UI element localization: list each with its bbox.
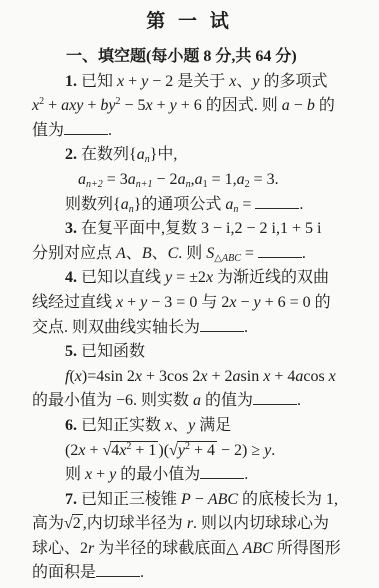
text-run: 满足	[195, 417, 231, 434]
math-var: a	[178, 171, 186, 188]
math-var: ABC	[243, 540, 273, 557]
text-run: +	[124, 73, 141, 90]
question-lines: 一、填空题(每小题 8 分,共 64 分)1. 已知 x + y − 2 是关于…	[32, 45, 359, 586]
text-run: + 1	[131, 442, 156, 459]
text-run: +	[123, 294, 140, 311]
q7-line4: 的面积是.	[32, 561, 359, 586]
math-var: B	[142, 245, 152, 262]
text-run: }的通项公式	[134, 196, 226, 213]
text-run: = ±2	[172, 269, 206, 286]
text-run: − 5	[120, 97, 145, 114]
q2-line2: an+2 = 3an+1 − 2an,a1 = 1,a2 = 3.	[32, 168, 359, 193]
text-run: 的最小值为	[116, 466, 200, 483]
text-run: .	[271, 442, 275, 459]
text-run: .	[140, 564, 144, 581]
text-run: 、	[152, 245, 168, 262]
text-run: sin	[241, 368, 264, 385]
text-run: . 则	[178, 245, 206, 262]
text-run: 在数列{	[77, 146, 137, 163]
radical-sign: √	[64, 515, 72, 532]
text-run: 值为	[32, 122, 64, 139]
text-run: ,内切球半径为	[83, 515, 187, 532]
text-run: 已知函数	[77, 343, 145, 360]
answer-blank	[96, 574, 140, 577]
math-var: y	[252, 73, 259, 90]
text-run: =	[238, 196, 255, 213]
q5-line3: 的最小值为 −6. 则实数 a 的值为.	[32, 389, 359, 414]
text-run: 的底棱长为 1,	[238, 491, 338, 508]
text-run: 则数列{	[65, 196, 121, 213]
text-run: + 3cos 2	[142, 368, 200, 385]
answer-blank	[200, 329, 244, 332]
q1-line1: 1. 已知 x + y − 2 是关于 x、y 的多项式	[32, 70, 359, 95]
section-header: 一、填空题(每小题 8 分,共 64 分)	[32, 45, 359, 70]
text-run: −	[236, 294, 253, 311]
math-var: a	[282, 97, 290, 114]
text-run: =	[241, 245, 258, 262]
text-run: − 2	[153, 171, 178, 188]
text-run: + 6 的因式. 则	[177, 97, 282, 114]
q7-line1: 7. 已知正三棱锥 P − ABC 的底棱长为 1,	[32, 488, 359, 513]
text-run: − 2 是关于	[148, 73, 229, 90]
q2-line3: 则数列{an}的通项公式 an = .	[32, 193, 359, 218]
sqrt-radical: √y2 + 4	[169, 441, 217, 459]
text-run: 的多项式	[260, 73, 328, 90]
text-run: 分别对应点	[32, 245, 116, 262]
text-run: .	[108, 122, 112, 139]
text-run: 已知以直线	[77, 269, 165, 286]
text-run: 高为	[32, 515, 64, 532]
bold-text: 6.	[65, 417, 77, 434]
radicand: 2	[72, 514, 83, 532]
answer-blank	[255, 206, 299, 209]
q3-line2: 分别对应点 A、B、C. 则 S△ABC = .	[32, 242, 359, 267]
text-run: +	[153, 97, 170, 114]
q1-line3: 值为.	[32, 119, 359, 144]
text-run: +	[44, 97, 61, 114]
text-run: 的面积是	[32, 564, 96, 581]
bold-text: 4.	[65, 269, 77, 286]
math-var: a	[137, 146, 145, 163]
q5-line2: f(x)=4sin 2x + 3cos 2x + 2asin x + 4acos…	[32, 365, 359, 390]
math-var: ABC	[208, 491, 238, 508]
text-run: 在复平面中,复数 3 − i,2 − 2 i,1 + 5 i	[77, 220, 321, 237]
text-run: +	[83, 97, 100, 114]
math-var: y	[170, 97, 177, 114]
math-var: a	[237, 171, 245, 188]
answer-blank	[253, 402, 297, 405]
math-var: b	[307, 97, 315, 114]
subscript: △	[214, 253, 222, 264]
q7-line2: 高为√2,内切球半径为 r. 则以内切球球心为	[32, 512, 359, 537]
text-run: 所得图形	[273, 540, 341, 557]
math-var: x	[75, 368, 82, 385]
text-run: .	[302, 245, 306, 262]
text-run: 已知正三棱锥	[77, 491, 181, 508]
text-run: 球心、2	[32, 540, 88, 557]
q1-line2: x2 + axy + by2 − 5x + y + 6 的因式. 则 a − b…	[32, 94, 359, 119]
math-var: a	[193, 392, 201, 409]
text-run: 的最小值为 −6. 则实数	[32, 392, 193, 409]
math-var: x	[329, 368, 336, 385]
text-run: + 4	[270, 368, 295, 385]
text-run: 交点. 则双曲线实轴长为	[32, 319, 200, 336]
q5-line1: 5. 已知函数	[32, 340, 359, 365]
math-var: by	[100, 97, 115, 114]
q4-line2: 线经过直线 x + y − 3 = 0 与 2x − y + 6 = 0 的	[32, 291, 359, 316]
math-var: P	[181, 491, 191, 508]
math-var: y	[178, 442, 185, 459]
text-run: = 3.	[250, 171, 279, 188]
q4-line1: 4. 已知以直线 y = ±2x 为渐近线的双曲	[32, 266, 359, 291]
q3-line1: 3. 在复平面中,复数 3 − i,2 − 2 i,1 + 5 i	[32, 217, 359, 242]
text-run: 2	[73, 515, 81, 532]
text-run: )=4sin 2	[82, 368, 135, 385]
bold-text: 3.	[65, 220, 77, 237]
math-var: y	[253, 294, 260, 311]
text-run: +	[92, 466, 109, 483]
q4-line3: 交点. 则双曲线实轴长为.	[32, 316, 359, 341]
page-title: 第 一 试	[32, 10, 347, 34]
q6-line3: 则 x + y 的最小值为.	[32, 463, 359, 488]
radical-sign: √	[169, 442, 177, 459]
text-run: 为半径的球截底面△	[94, 540, 242, 557]
text-run: + 6 = 0 的	[261, 294, 331, 311]
text-run: .	[244, 466, 248, 483]
math-var: axy	[61, 97, 83, 114]
text-run: 已知正实数	[77, 417, 165, 434]
sqrt-radical: √2	[64, 514, 83, 532]
sqrt-radical: √4x2 + 1	[102, 441, 158, 459]
math-var: x	[206, 269, 213, 286]
q6-line1: 6. 已知正实数 x、y 满足	[32, 414, 359, 439]
subscript: ABC	[222, 253, 241, 264]
text-run: − 2) ≥	[217, 442, 264, 459]
text-run: −	[290, 97, 307, 114]
answer-blank	[258, 255, 302, 258]
math-var: A	[116, 245, 126, 262]
math-var: x	[135, 368, 142, 385]
exam-page: 第 一 试 一、填空题(每小题 8 分,共 64 分)1. 已知 x + y −…	[0, 0, 379, 588]
math-var: a	[121, 196, 129, 213]
bold-text: 5.	[65, 343, 77, 360]
math-var: a	[195, 171, 203, 188]
text-run: 为渐近线的双曲	[213, 269, 329, 286]
radicand: y2 + 4	[177, 441, 217, 459]
bold-text: 2.	[65, 146, 77, 163]
text-run: .	[297, 392, 301, 409]
answer-blank	[64, 132, 108, 135]
text-run: .	[244, 319, 248, 336]
text-run: . 则以内切球球心为	[193, 515, 329, 532]
radicand: 4x2 + 1	[110, 441, 158, 459]
math-var: a	[78, 171, 86, 188]
answer-blank	[200, 476, 244, 479]
text-run: 、	[236, 73, 252, 90]
text-run: (2	[65, 442, 78, 459]
bold-text: 一、填空题(每小题 8 分,共 64 分)	[66, 48, 297, 65]
text-run: + 4	[190, 442, 215, 459]
text-run: }中,	[150, 146, 178, 163]
text-run: − 3 = 0 与 2	[147, 294, 229, 311]
text-run: 的	[315, 97, 335, 114]
text-run: 则	[65, 466, 85, 483]
text-run: 已知	[77, 73, 117, 90]
subscript: n+1	[136, 179, 153, 190]
text-run: cos	[303, 368, 328, 385]
math-var: x	[146, 97, 153, 114]
math-var: a	[233, 368, 241, 385]
text-run: = 3	[103, 171, 128, 188]
q6-line2: (2x + √4x2 + 1)(√y2 + 4 − 2) ≥ y.	[32, 439, 359, 464]
text-run: −	[191, 491, 208, 508]
text-run: + 2	[208, 368, 233, 385]
q7-line3: 球心、2r 为半径的球截底面△ ABC 所得图形	[32, 537, 359, 562]
text-run: 、	[126, 245, 142, 262]
text-run: = 1,	[208, 171, 237, 188]
subscript: n+2	[86, 179, 103, 190]
q2-line1: 2. 在数列{an}中,	[32, 143, 359, 168]
bold-text: 1.	[65, 73, 77, 90]
math-var: a	[128, 171, 136, 188]
text-run: )(	[158, 442, 169, 459]
text-run: .	[299, 196, 303, 213]
bold-text: 7.	[65, 491, 77, 508]
math-var: x	[200, 368, 207, 385]
text-run: 的值为	[201, 392, 253, 409]
math-var: C	[168, 245, 179, 262]
text-run: 线经过直线	[32, 294, 116, 311]
text-run: 、	[172, 417, 188, 434]
text-run: +	[85, 442, 102, 459]
